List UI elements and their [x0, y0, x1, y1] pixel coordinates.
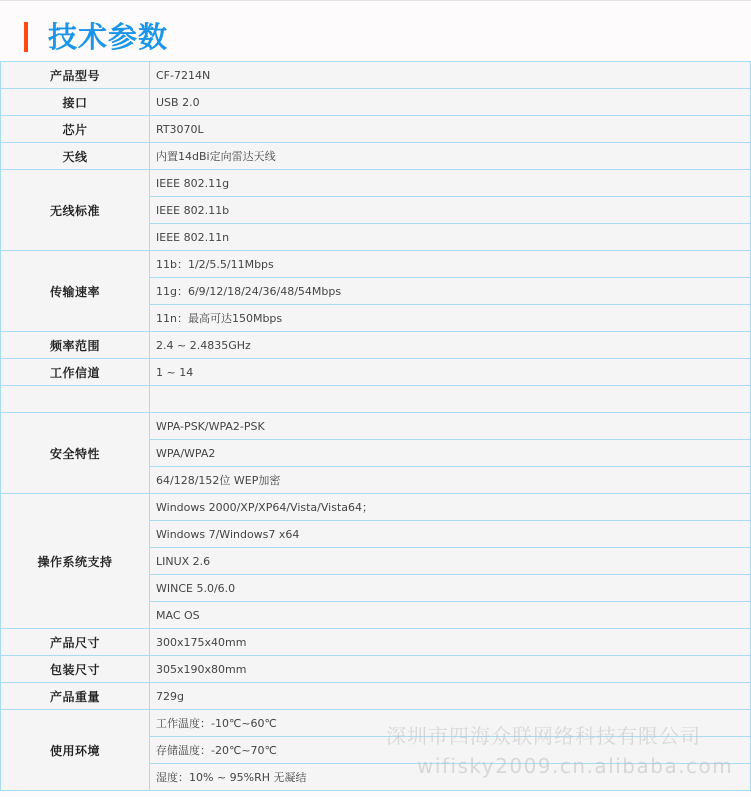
spec-row: 天线内置14dBi定向雷达天线 — [1, 143, 751, 170]
spec-value: 300x175x40mm — [150, 629, 751, 656]
section-heading: 技术参数 — [24, 21, 168, 53]
spec-label: 传输速率 — [1, 251, 150, 332]
spec-value: 工作温度：-10℃~60℃ — [150, 710, 751, 737]
spec-value: 11n：最高可达150Mbps — [150, 305, 751, 332]
spec-label: 产品重量 — [1, 683, 150, 710]
spec-label: 无线标准 — [1, 170, 150, 251]
section-title: 技术参数 — [48, 21, 168, 53]
spec-value: 729g — [150, 683, 751, 710]
spec-label: 安全特性 — [1, 413, 150, 494]
spec-value: 64/128/152位 WEP加密 — [150, 467, 751, 494]
spec-value: 11b：1/2/5.5/11Mbps — [150, 251, 751, 278]
spec-row — [1, 386, 751, 413]
spec-row: 产品尺寸300x175x40mm — [1, 629, 751, 656]
spec-label: 产品尺寸 — [1, 629, 150, 656]
spec-value: Windows 2000/XP/XP64/Vista/Vista64； — [150, 494, 751, 521]
spec-value — [150, 386, 751, 413]
spec-row: 传输速率11b：1/2/5.5/11Mbps — [1, 251, 751, 278]
spec-value: 305x190x80mm — [150, 656, 751, 683]
accent-bar — [24, 22, 28, 52]
spec-label: 接口 — [1, 89, 150, 116]
spec-value: IEEE 802.11g — [150, 170, 751, 197]
spec-label — [1, 386, 150, 413]
spec-row: 使用环境工作温度：-10℃~60℃ — [1, 710, 751, 737]
spec-label: 产品型号 — [1, 62, 150, 89]
spec-value: RT3070L — [150, 116, 751, 143]
spec-row: 产品重量729g — [1, 683, 751, 710]
spec-row: 工作信道1 ~ 14 — [1, 359, 751, 386]
spec-row: 包装尺寸305x190x80mm — [1, 656, 751, 683]
spec-label: 包装尺寸 — [1, 656, 150, 683]
spec-value: WPA/WPA2 — [150, 440, 751, 467]
spec-value: WPA-PSK/WPA2-PSK — [150, 413, 751, 440]
spec-row: 芯片RT3070L — [1, 116, 751, 143]
spec-row: 操作系统支持Windows 2000/XP/XP64/Vista/Vista64… — [1, 494, 751, 521]
spec-value: IEEE 802.11b — [150, 197, 751, 224]
spec-value: CF-7214N — [150, 62, 751, 89]
spec-value: LINUX 2.6 — [150, 548, 751, 575]
spec-row: 无线标准IEEE 802.11g — [1, 170, 751, 197]
spec-label: 天线 — [1, 143, 150, 170]
spec-value: MAC OS — [150, 602, 751, 629]
spec-label: 操作系统支持 — [1, 494, 150, 629]
spec-value: Windows 7/Windows7 x64 — [150, 521, 751, 548]
spec-value: IEEE 802.11n — [150, 224, 751, 251]
spec-table: 产品型号CF-7214N接口USB 2.0芯片RT3070L天线内置14dBi定… — [0, 61, 751, 791]
spec-row: 频率范围2.4 ~ 2.4835GHz — [1, 332, 751, 359]
spec-value: USB 2.0 — [150, 89, 751, 116]
spec-label: 芯片 — [1, 116, 150, 143]
spec-value: 内置14dBi定向雷达天线 — [150, 143, 751, 170]
spec-row: 安全特性WPA-PSK/WPA2-PSK — [1, 413, 751, 440]
spec-value: 11g：6/9/12/18/24/36/48/54Mbps — [150, 278, 751, 305]
spec-label: 使用环境 — [1, 710, 150, 791]
spec-value: WINCE 5.0/6.0 — [150, 575, 751, 602]
top-divider — [0, 0, 751, 1]
spec-value: 存储温度：-20℃~70℃ — [150, 737, 751, 764]
spec-label: 工作信道 — [1, 359, 150, 386]
spec-row: 产品型号CF-7214N — [1, 62, 751, 89]
spec-value: 1 ~ 14 — [150, 359, 751, 386]
spec-row: 接口USB 2.0 — [1, 89, 751, 116]
spec-label: 频率范围 — [1, 332, 150, 359]
spec-value: 2.4 ~ 2.4835GHz — [150, 332, 751, 359]
spec-value: 湿度：10% ~ 95%RH 无凝结 — [150, 764, 751, 791]
